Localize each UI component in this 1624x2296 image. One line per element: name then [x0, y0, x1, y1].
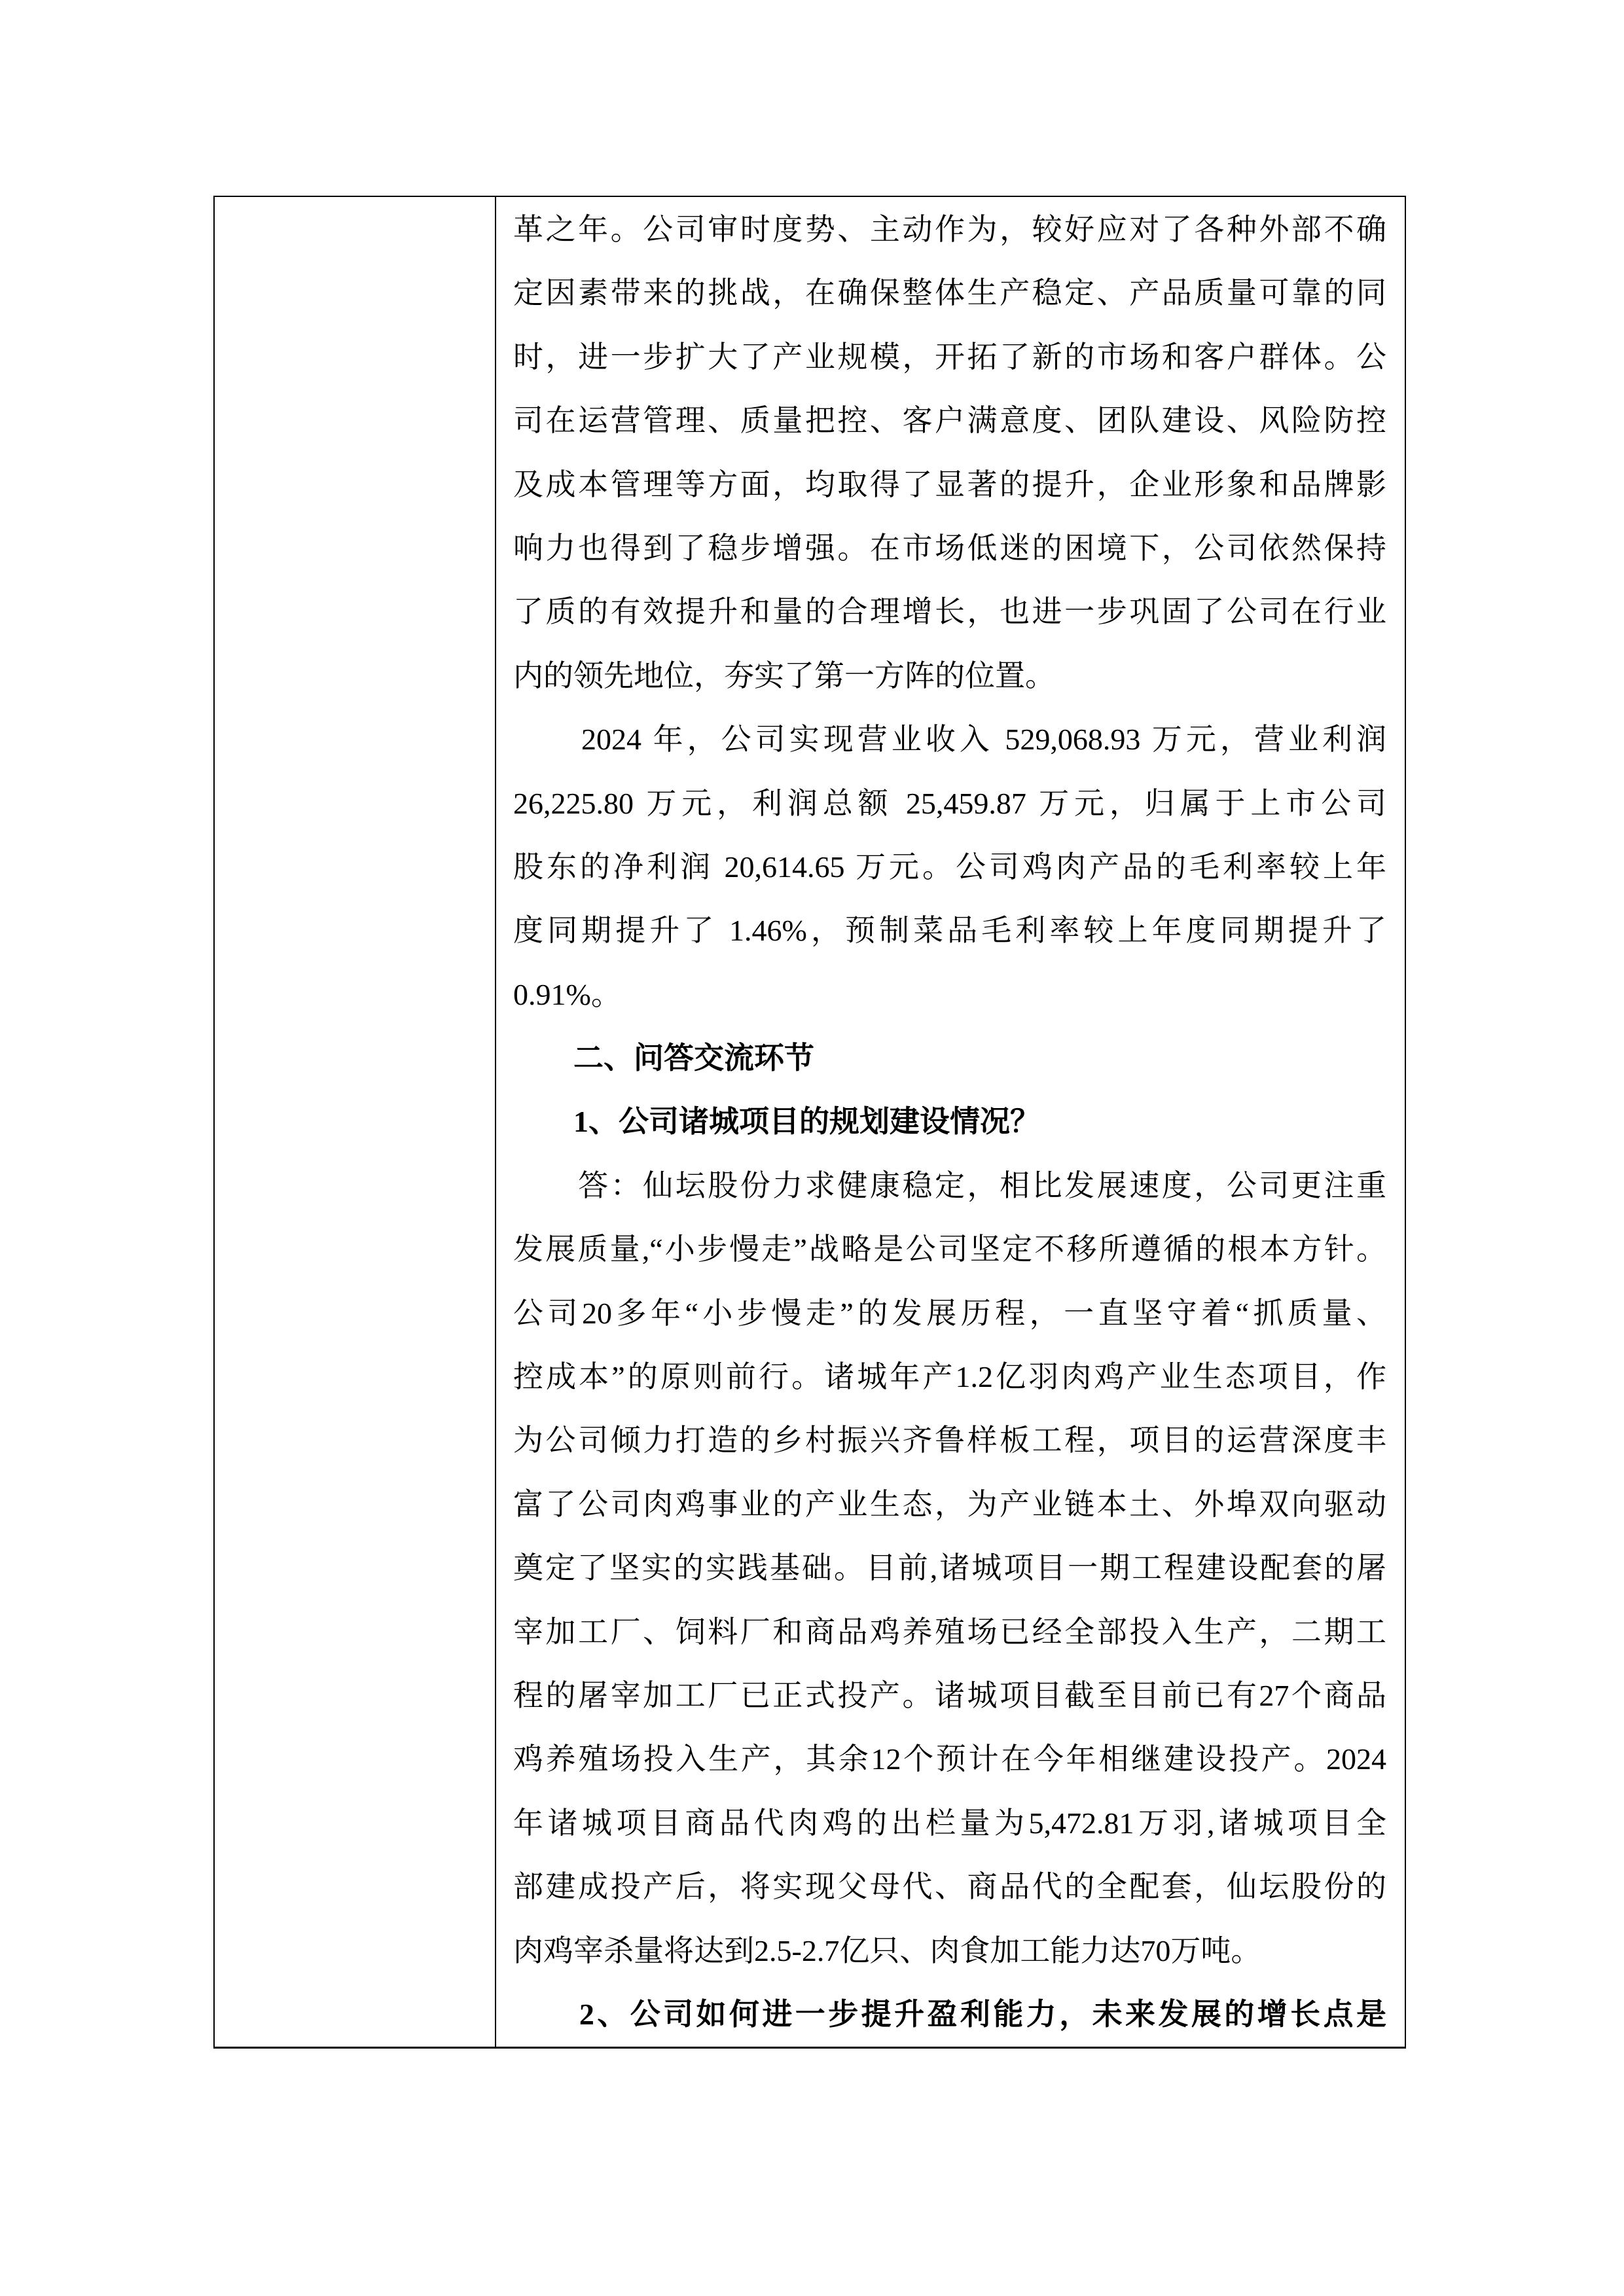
business-review-paragraph: 司在运营管理、质量把控、客户满意度、团队建设、风险防控 — [513, 389, 1386, 452]
answer-1-paragraph: 肉鸡宰杀量将达到2.5-2.7亿只、肉食加工能力达70万吨。 — [513, 1919, 1386, 1982]
business-review-paragraph: 革之年。公司审时度势、主动作为，较好应对了各种外部不确 — [513, 198, 1386, 261]
table-left-cell — [215, 197, 496, 2047]
answer-1-paragraph: 部建成投产后，将实现父母代、商品代的全配套，仙坛股份的 — [513, 1855, 1386, 1918]
answer-1-paragraph: 富了公司肉鸡事业的产业生态，为产业链本土、外埠双向驱动 — [513, 1473, 1386, 1536]
document-page: 革之年。公司审时度势、主动作为，较好应对了各种外部不确定因素带来的挑战，在确保整… — [0, 0, 1624, 2296]
business-review-paragraph: 定因素带来的挑战，在确保整体生产稳定、产品质量可靠的同 — [513, 261, 1386, 325]
answer-1-paragraph: 奠定了坚实的实践基础。目前,诸城项目一期工程建设配套的屠 — [513, 1536, 1386, 1600]
answer-1-paragraph: 鸡养殖场投入生产，其余12个预计在今年相继建设投产。2024 — [513, 1727, 1386, 1791]
qa-section-heading: 二、问答交流环节 — [513, 1026, 1386, 1090]
answer-1-paragraph: 为公司倾力打造的乡村振兴齐鲁样板工程，项目的运营深度丰 — [513, 1408, 1386, 1472]
financial-results-paragraph: 26,225.80 万元，利润总额 25,459.87 万元，归属于上市公司 — [513, 772, 1386, 835]
business-review-paragraph: 及成本管理等方面，均取得了显著的提升，企业形象和品牌影 — [513, 453, 1386, 516]
table-content-cell: 革之年。公司审时度势、主动作为，较好应对了各种外部不确定因素带来的挑战，在确保整… — [496, 197, 1405, 2047]
answer-1-paragraph: 答：仙坛股份力求健康稳定，相比发展速度，公司更注重 — [513, 1154, 1386, 1217]
financial-results-paragraph: 股东的净利润 20,614.65 万元。公司鸡肉产品的毛利率较上年 — [513, 835, 1386, 899]
answer-1-paragraph: 发展质量,“小步慢走”战略是公司坚定不移所遵循的根本方针。 — [513, 1217, 1386, 1281]
answer-1-paragraph: 程的屠宰加工厂已正式投产。诸城项目截至目前已有27个商品 — [513, 1664, 1386, 1727]
answer-1-paragraph: 公司20多年“小步慢走”的发展历程，一直坚守着“抓质量、 — [513, 1282, 1386, 1345]
business-review-paragraph: 时，进一步扩大了产业规模，开拓了新的市场和客户群体。公 — [513, 325, 1386, 389]
financial-results-paragraph: 0.91%。 — [513, 963, 1386, 1026]
business-review-paragraph: 了质的有效提升和量的合理增长，也进一步巩固了公司在行业 — [513, 580, 1386, 643]
answer-1-paragraph: 宰加工厂、饲料厂和商品鸡养殖场已经全部投入生产，二期工 — [513, 1600, 1386, 1664]
business-review-paragraph: 响力也得到了稳步增强。在市场低迷的困境下，公司依然保持 — [513, 516, 1386, 580]
answer-1-paragraph: 控成本”的原则前行。诸城年产1.2亿羽肉鸡产业生态项目，作 — [513, 1345, 1386, 1408]
financial-results-paragraph: 2024 年，公司实现营业收入 529,068.93 万元，营业利润 — [513, 708, 1386, 771]
record-table: 革之年。公司审时度势、主动作为，较好应对了各种外部不确定因素带来的挑战，在确保整… — [213, 196, 1406, 2049]
question-2-heading: 2、公司如何进一步提升盈利能力，未来发展的增长点是 — [513, 1982, 1386, 2046]
business-review-paragraph: 内的领先地位，夯实了第一方阵的位置。 — [513, 644, 1386, 708]
financial-results-paragraph: 度同期提升了 1.46%，预制菜品毛利率较上年度同期提升了 — [513, 899, 1386, 962]
question-1-heading: 1、公司诸城项目的规划建设情况？ — [513, 1090, 1386, 1153]
answer-1-paragraph: 年诸城项目商品代肉鸡的出栏量为5,472.81万羽,诸城项目全 — [513, 1791, 1386, 1855]
